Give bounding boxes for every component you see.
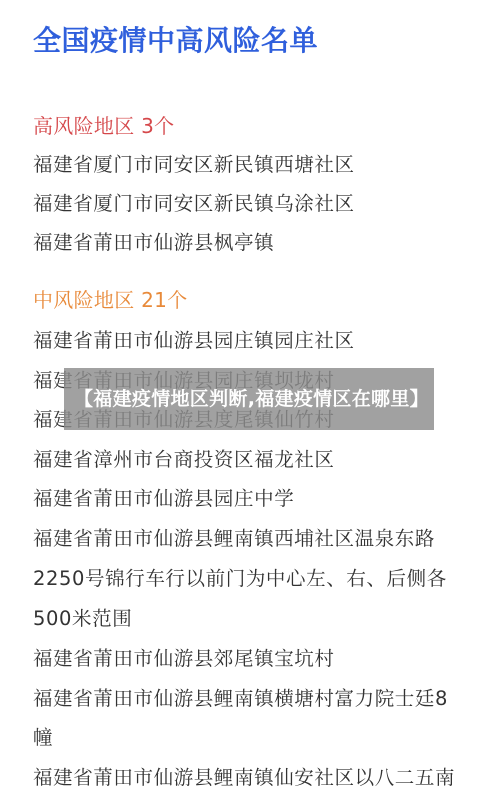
mid-risk-entry: 福建省莆田市仙游县园庄镇园庄社区 [33,327,355,355]
high-risk-entry: 福建省厦门市同安区新民镇乌涂社区 [33,190,355,218]
mid-risk-entry: 500米范围 [33,605,132,633]
document-page: 全国疫情中高风险名单 高风险地区 3个 福建省厦门市同安区新民镇西塘社区 福建省… [0,0,500,798]
mid-risk-entry: 幢 [33,724,53,752]
mid-risk-entry: 福建省莆田市仙游县鲤南镇西埔社区温泉东路 [33,525,435,553]
mid-risk-entry: 福建省莆田市仙游县园庄中学 [33,485,294,513]
mid-risk-entry: 福建省莆田市仙游县鲤南镇横塘村富力院士廷8 [33,685,448,713]
page-title: 全国疫情中高风险名单 [33,22,318,60]
mid-risk-heading: 中风险地区 21个 [33,286,188,314]
mid-risk-entry: 福建省莆田市仙游县郊尾镇宝坑村 [33,645,335,673]
caption-text: 【福建疫情地区判断,福建疫情区在哪里】 [74,386,424,412]
high-risk-heading: 高风险地区 3个 [33,112,174,140]
high-risk-entry: 福建省厦门市同安区新民镇西塘社区 [33,151,355,179]
mid-risk-entry: 2250号锦行车行以前门为中心左、右、后侧各 [33,565,447,593]
high-risk-entry: 福建省莆田市仙游县枫亭镇 [33,229,274,257]
mid-risk-entry: 福建省莆田市仙游县鲤南镇仙安社区以八二五南 [33,764,455,792]
caption-overlay: 【福建疫情地区判断,福建疫情区在哪里】 [64,368,434,430]
mid-risk-entry: 福建省漳州市台商投资区福龙社区 [33,446,335,474]
